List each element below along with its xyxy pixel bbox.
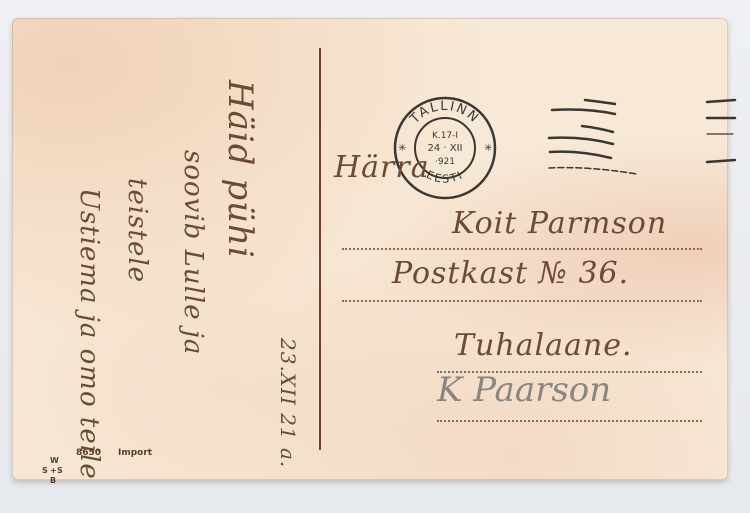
address-line-2 (342, 300, 702, 302)
message-line-3: teistele (122, 178, 152, 283)
svg-text:24 · XII: 24 · XII (427, 143, 462, 154)
svg-text:EESTI: EESTI (424, 168, 466, 186)
message-line-4: Ustiema ja omo teile (74, 188, 104, 480)
address-line3: Tuhalaane. (454, 328, 633, 363)
svg-text:K.17-I: K.17-I (432, 131, 458, 141)
message-line-1: Häid pühi (220, 80, 260, 259)
postmark-icon: TALLINN EESTI K.17-I 24 · XII ·921 ✳ ✳ (390, 93, 500, 203)
svg-text:✳: ✳ (484, 143, 492, 154)
message-line-2: soovib Lulle ja (178, 150, 208, 355)
cancellation-lines-icon (547, 96, 747, 186)
address-salutation: Härra (334, 150, 430, 185)
import-label: Import (118, 448, 152, 458)
message-date: 23.XII 21 a. (276, 338, 300, 468)
address-line-1 (342, 248, 702, 250)
publisher-logo: W S + S B (40, 456, 66, 492)
svg-text:TALLINN: TALLINN (407, 99, 482, 128)
address-line-4 (437, 420, 702, 422)
address-line2: Postkast № 36. (392, 256, 629, 291)
address-name: Koit Parmson (452, 206, 667, 241)
print-number: 8650 (76, 448, 101, 458)
pencil-note: K Paarson (437, 370, 611, 410)
postcard: Häid pühi soovib Lulle ja teistele Ustie… (12, 18, 728, 480)
center-divider (319, 48, 321, 450)
svg-text:·921: ·921 (435, 157, 455, 167)
